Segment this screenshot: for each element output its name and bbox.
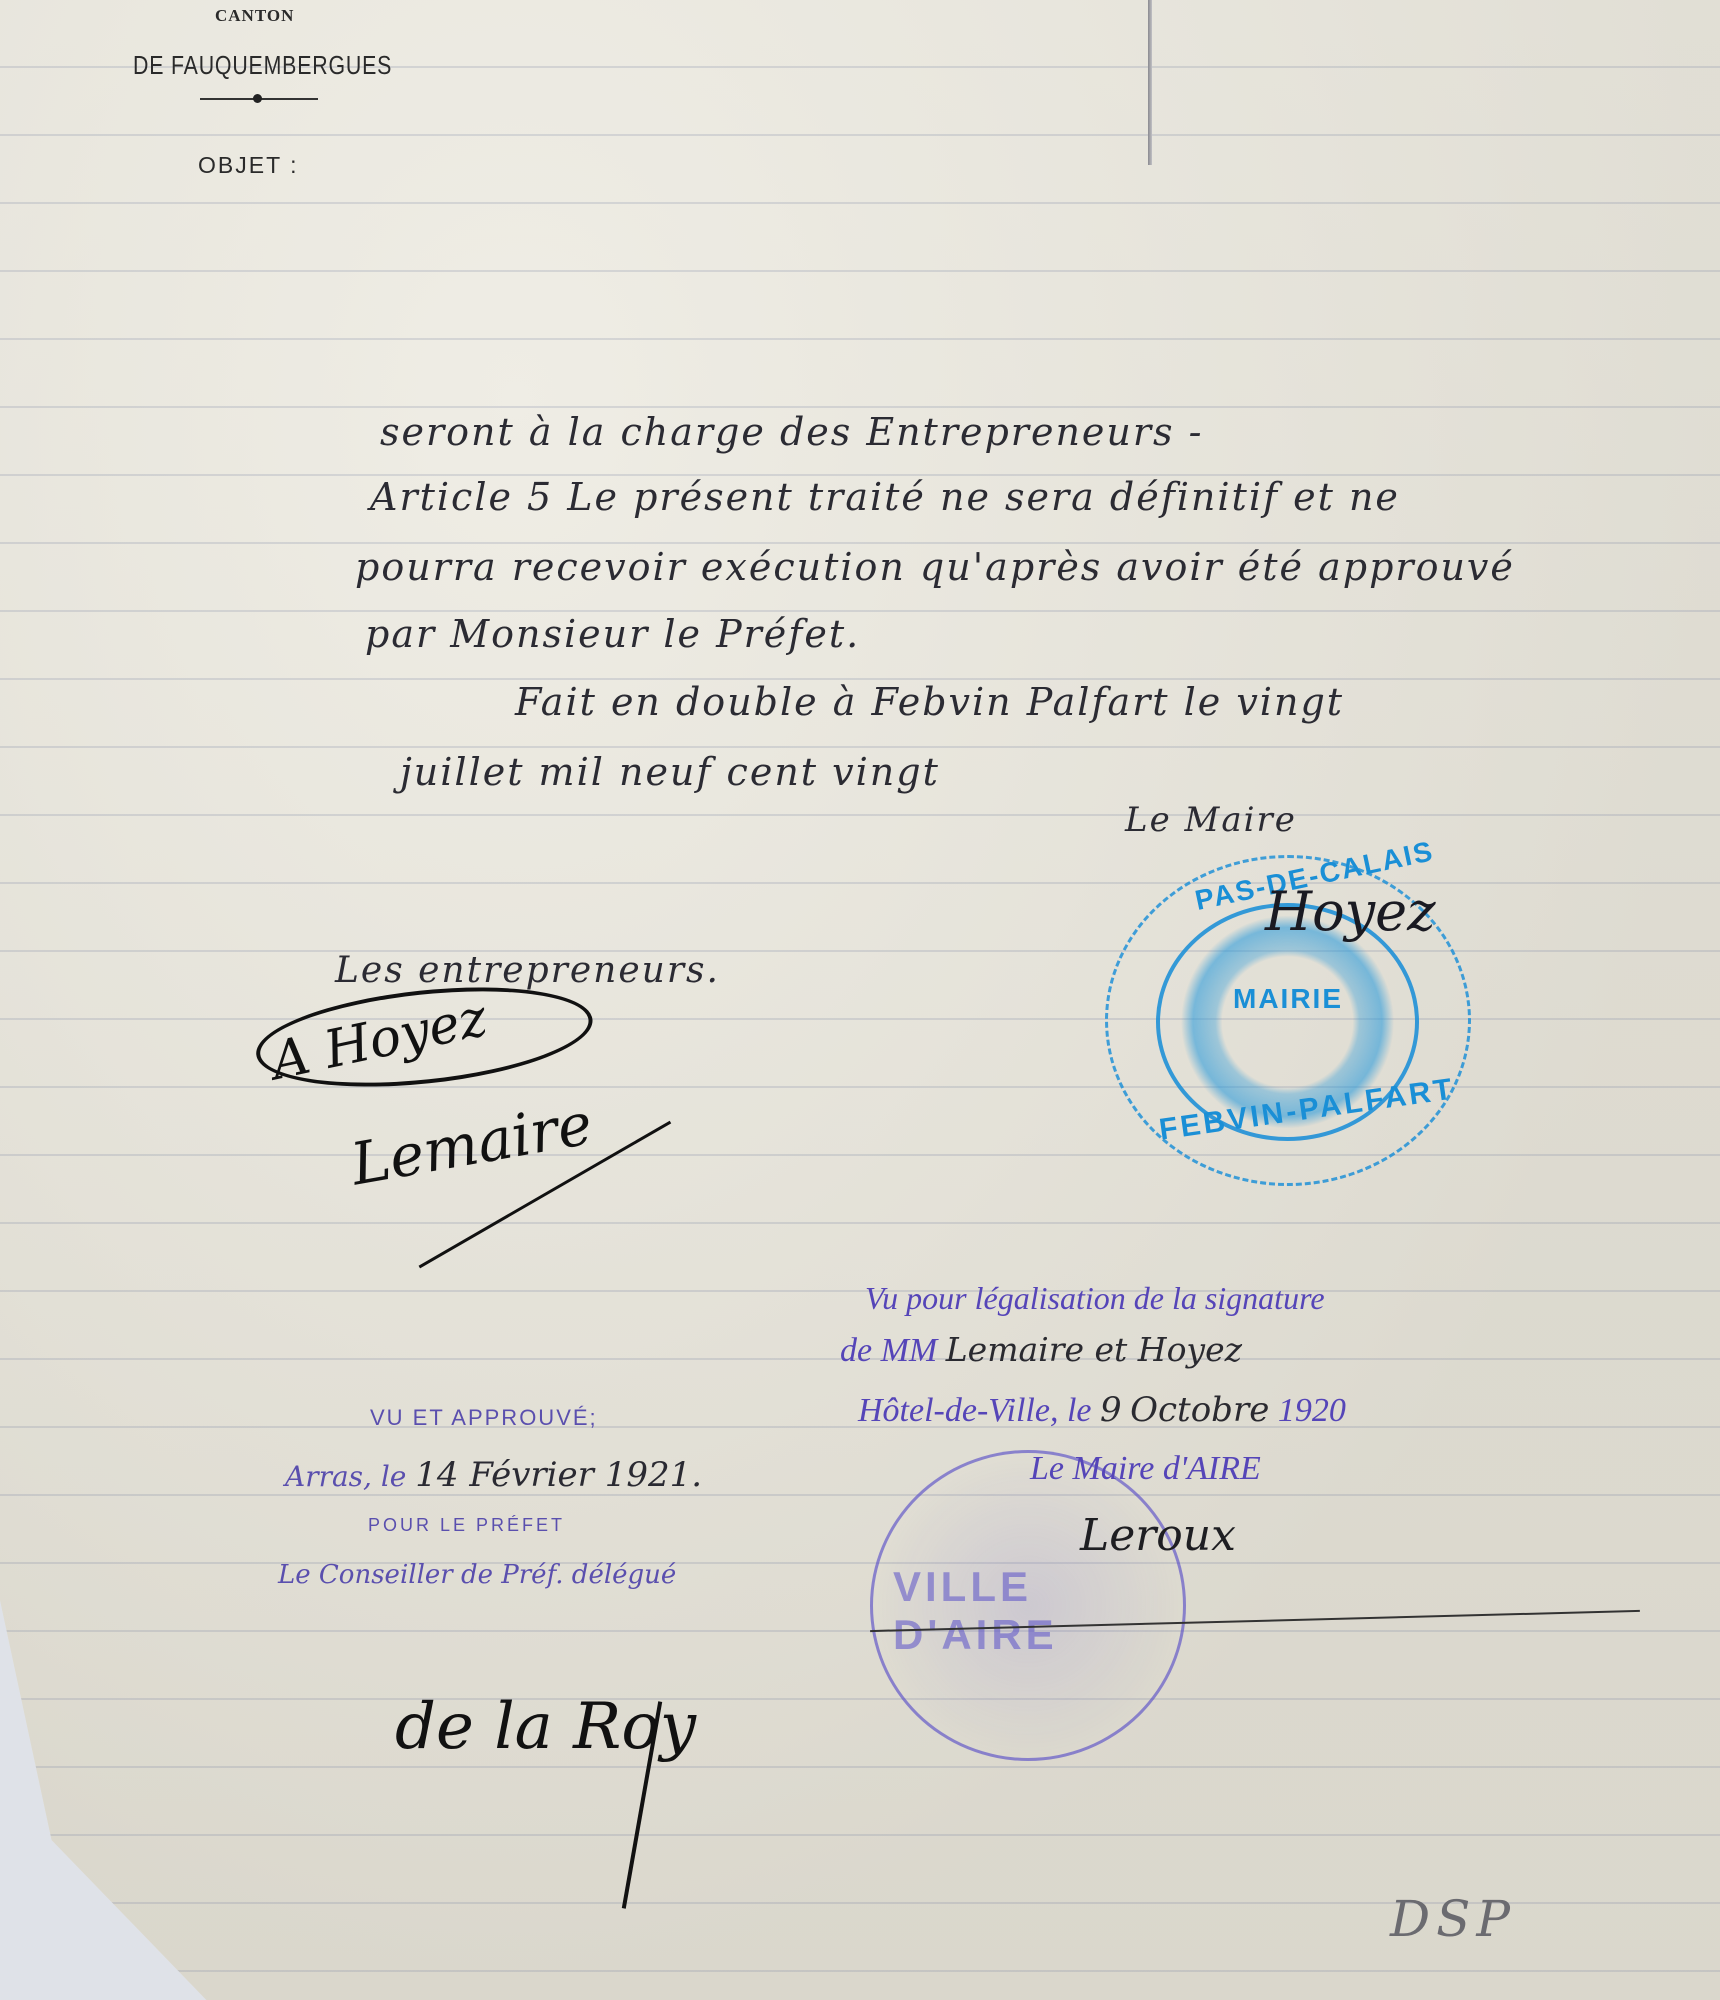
body-line-1: seront à la charge des Entrepreneurs - bbox=[380, 410, 1203, 454]
approval-date: 14 Février 1921. bbox=[415, 1455, 702, 1495]
objet-label: OBJET : bbox=[198, 152, 299, 179]
body-line-2: Article 5 Le présent traité ne sera défi… bbox=[370, 475, 1400, 519]
pour-le-prefet: POUR LE PRÉFET bbox=[368, 1515, 565, 1536]
aire-mayor-signature: Leroux bbox=[1080, 1510, 1236, 1561]
prefecture-approval-header: VU ET APPROUVÉ; bbox=[370, 1405, 598, 1431]
letterhead-divider bbox=[200, 98, 318, 100]
mayor-label: Le Maire bbox=[1125, 800, 1297, 840]
body-line-3: pourra recevoir exécution qu'après avoir… bbox=[355, 545, 1515, 589]
legalisation-names: Lemaire et Hoyez bbox=[946, 1330, 1242, 1369]
hotel-de-ville-label: Hôtel-de-Ville, le bbox=[858, 1392, 1091, 1429]
legalisation-line-2: de MM Lemaire et Hoyez bbox=[840, 1330, 1242, 1370]
letterhead-canton: CANTON bbox=[215, 6, 294, 26]
archive-initials: DSP bbox=[1390, 1890, 1516, 1948]
stamp-center-text: MAIRIE bbox=[1108, 983, 1468, 1015]
aire-stamp-text: VILLE D'AIRE bbox=[893, 1563, 1183, 1659]
body-line-6: juillet mil neuf cent vingt bbox=[400, 750, 940, 794]
legalisation-month: Octobre bbox=[1130, 1390, 1269, 1430]
legalisation-year: 1920 bbox=[1278, 1392, 1346, 1429]
fold-crease bbox=[1148, 0, 1152, 165]
contractors-label: Les entrepreneurs. bbox=[335, 950, 720, 991]
aire-town-stamp: VILLE D'AIRE bbox=[870, 1450, 1186, 1761]
legalisation-prefix: de MM bbox=[840, 1332, 937, 1369]
legalisation-day: 9 bbox=[1100, 1390, 1122, 1430]
legalisation-line-1: Vu pour légalisation de la signature bbox=[865, 1280, 1325, 1317]
prefecture-date-line: Arras, le 14 Février 1921. bbox=[285, 1455, 702, 1495]
conseiller-delegue: Le Conseiller de Préf. délégué bbox=[278, 1560, 676, 1590]
legalisation-line-4: Le Maire d'AIRE bbox=[1030, 1450, 1261, 1488]
body-line-4: par Monsieur le Préfet. bbox=[365, 612, 860, 656]
arras-label: Arras, le bbox=[285, 1460, 406, 1493]
mayor-signature: Hoyez bbox=[1265, 880, 1436, 943]
legalisation-line-3: Hôtel-de-Ville, le 9 Octobre 1920 bbox=[858, 1390, 1346, 1430]
letterhead-canton-name: DE FAUQUEMBERGUES bbox=[133, 50, 392, 81]
body-line-5: Fait en double à Febvin Palfart le vingt bbox=[515, 680, 1344, 724]
